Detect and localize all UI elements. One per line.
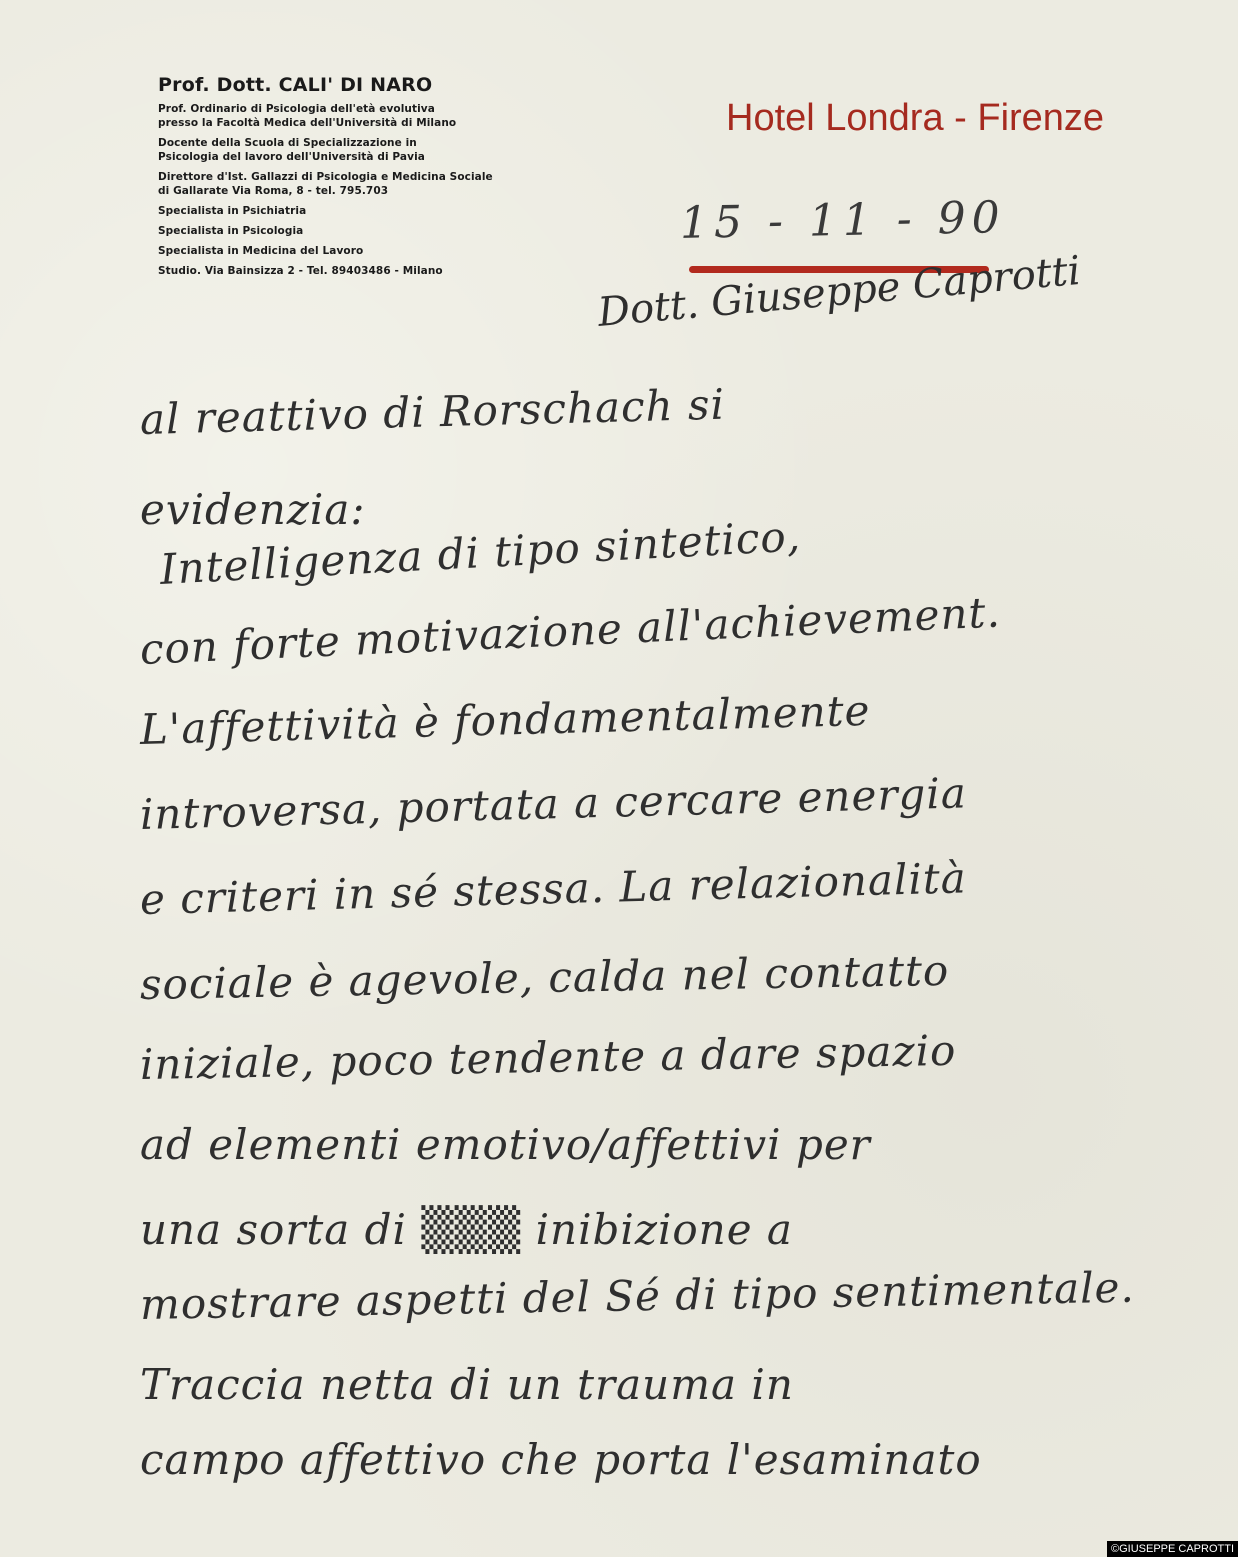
letterhead-line: Specialista in Medicina del Lavoro [158,244,628,258]
body-line: L'affettività è fondamentalmente [139,686,871,754]
letterhead-line: Studio. Via Bainsizza 2 - Tel. 89403486 … [158,264,628,278]
body-line: ad elementi emotivo/affettivi per [140,1120,871,1169]
letterhead-line: Prof. Ordinario di Psicologia dell'età e… [158,102,628,116]
body-line: Traccia netta di un trauma in [140,1360,794,1409]
body-line: mostrare aspetti del Sé di tipo sentimen… [140,1263,1136,1329]
letterhead-line: Psicologia del lavoro dell'Università di… [158,150,628,164]
copyright-badge: ©GIUSEPPE CAPROTTI [1107,1541,1238,1557]
letterhead-line: Specialista in Psicologia [158,224,628,238]
body-line: introversa, portata a cercare energia [139,768,967,839]
body-line: una sorta di ▒▒▒ inibizione a [140,1205,793,1254]
body-line: campo affettivo che porta l'esaminato [140,1435,982,1484]
letterhead-line: di Gallarate Via Roma, 8 - tel. 795.703 [158,184,628,198]
hotel-annotation: Hotel Londra - Firenze [726,97,1104,140]
letterhead-line: presso la Facoltà Medica dell'Università… [158,116,628,130]
body-line: e criteri in sé stessa. La relazionalità [139,853,967,924]
letterhead: Prof. Dott. CALI' DI NARO Prof. Ordinari… [158,74,628,278]
body-line: sociale è agevole, calda nel contatto [140,946,950,1009]
body-line: con forte motivazione all'achievement. [139,587,1002,674]
handwritten-date: 15 - 11 - 90 [680,192,1006,249]
body-line: evidenzia: [140,485,366,534]
letterhead-line: Direttore d'Ist. Gallazzi di Psicologia … [158,170,628,184]
letterhead-line: Docente della Scuola di Specializzazione… [158,136,628,150]
letterhead-name: Prof. Dott. CALI' DI NARO [158,74,628,96]
body-line: iniziale, poco tendente a dare spazio [140,1026,957,1089]
body-line: al reattivo di Rorschach si [139,380,725,444]
recipient: Dott. Giuseppe Caprotti [596,248,1082,336]
letterhead-line: Specialista in Psichiatria [158,204,628,218]
